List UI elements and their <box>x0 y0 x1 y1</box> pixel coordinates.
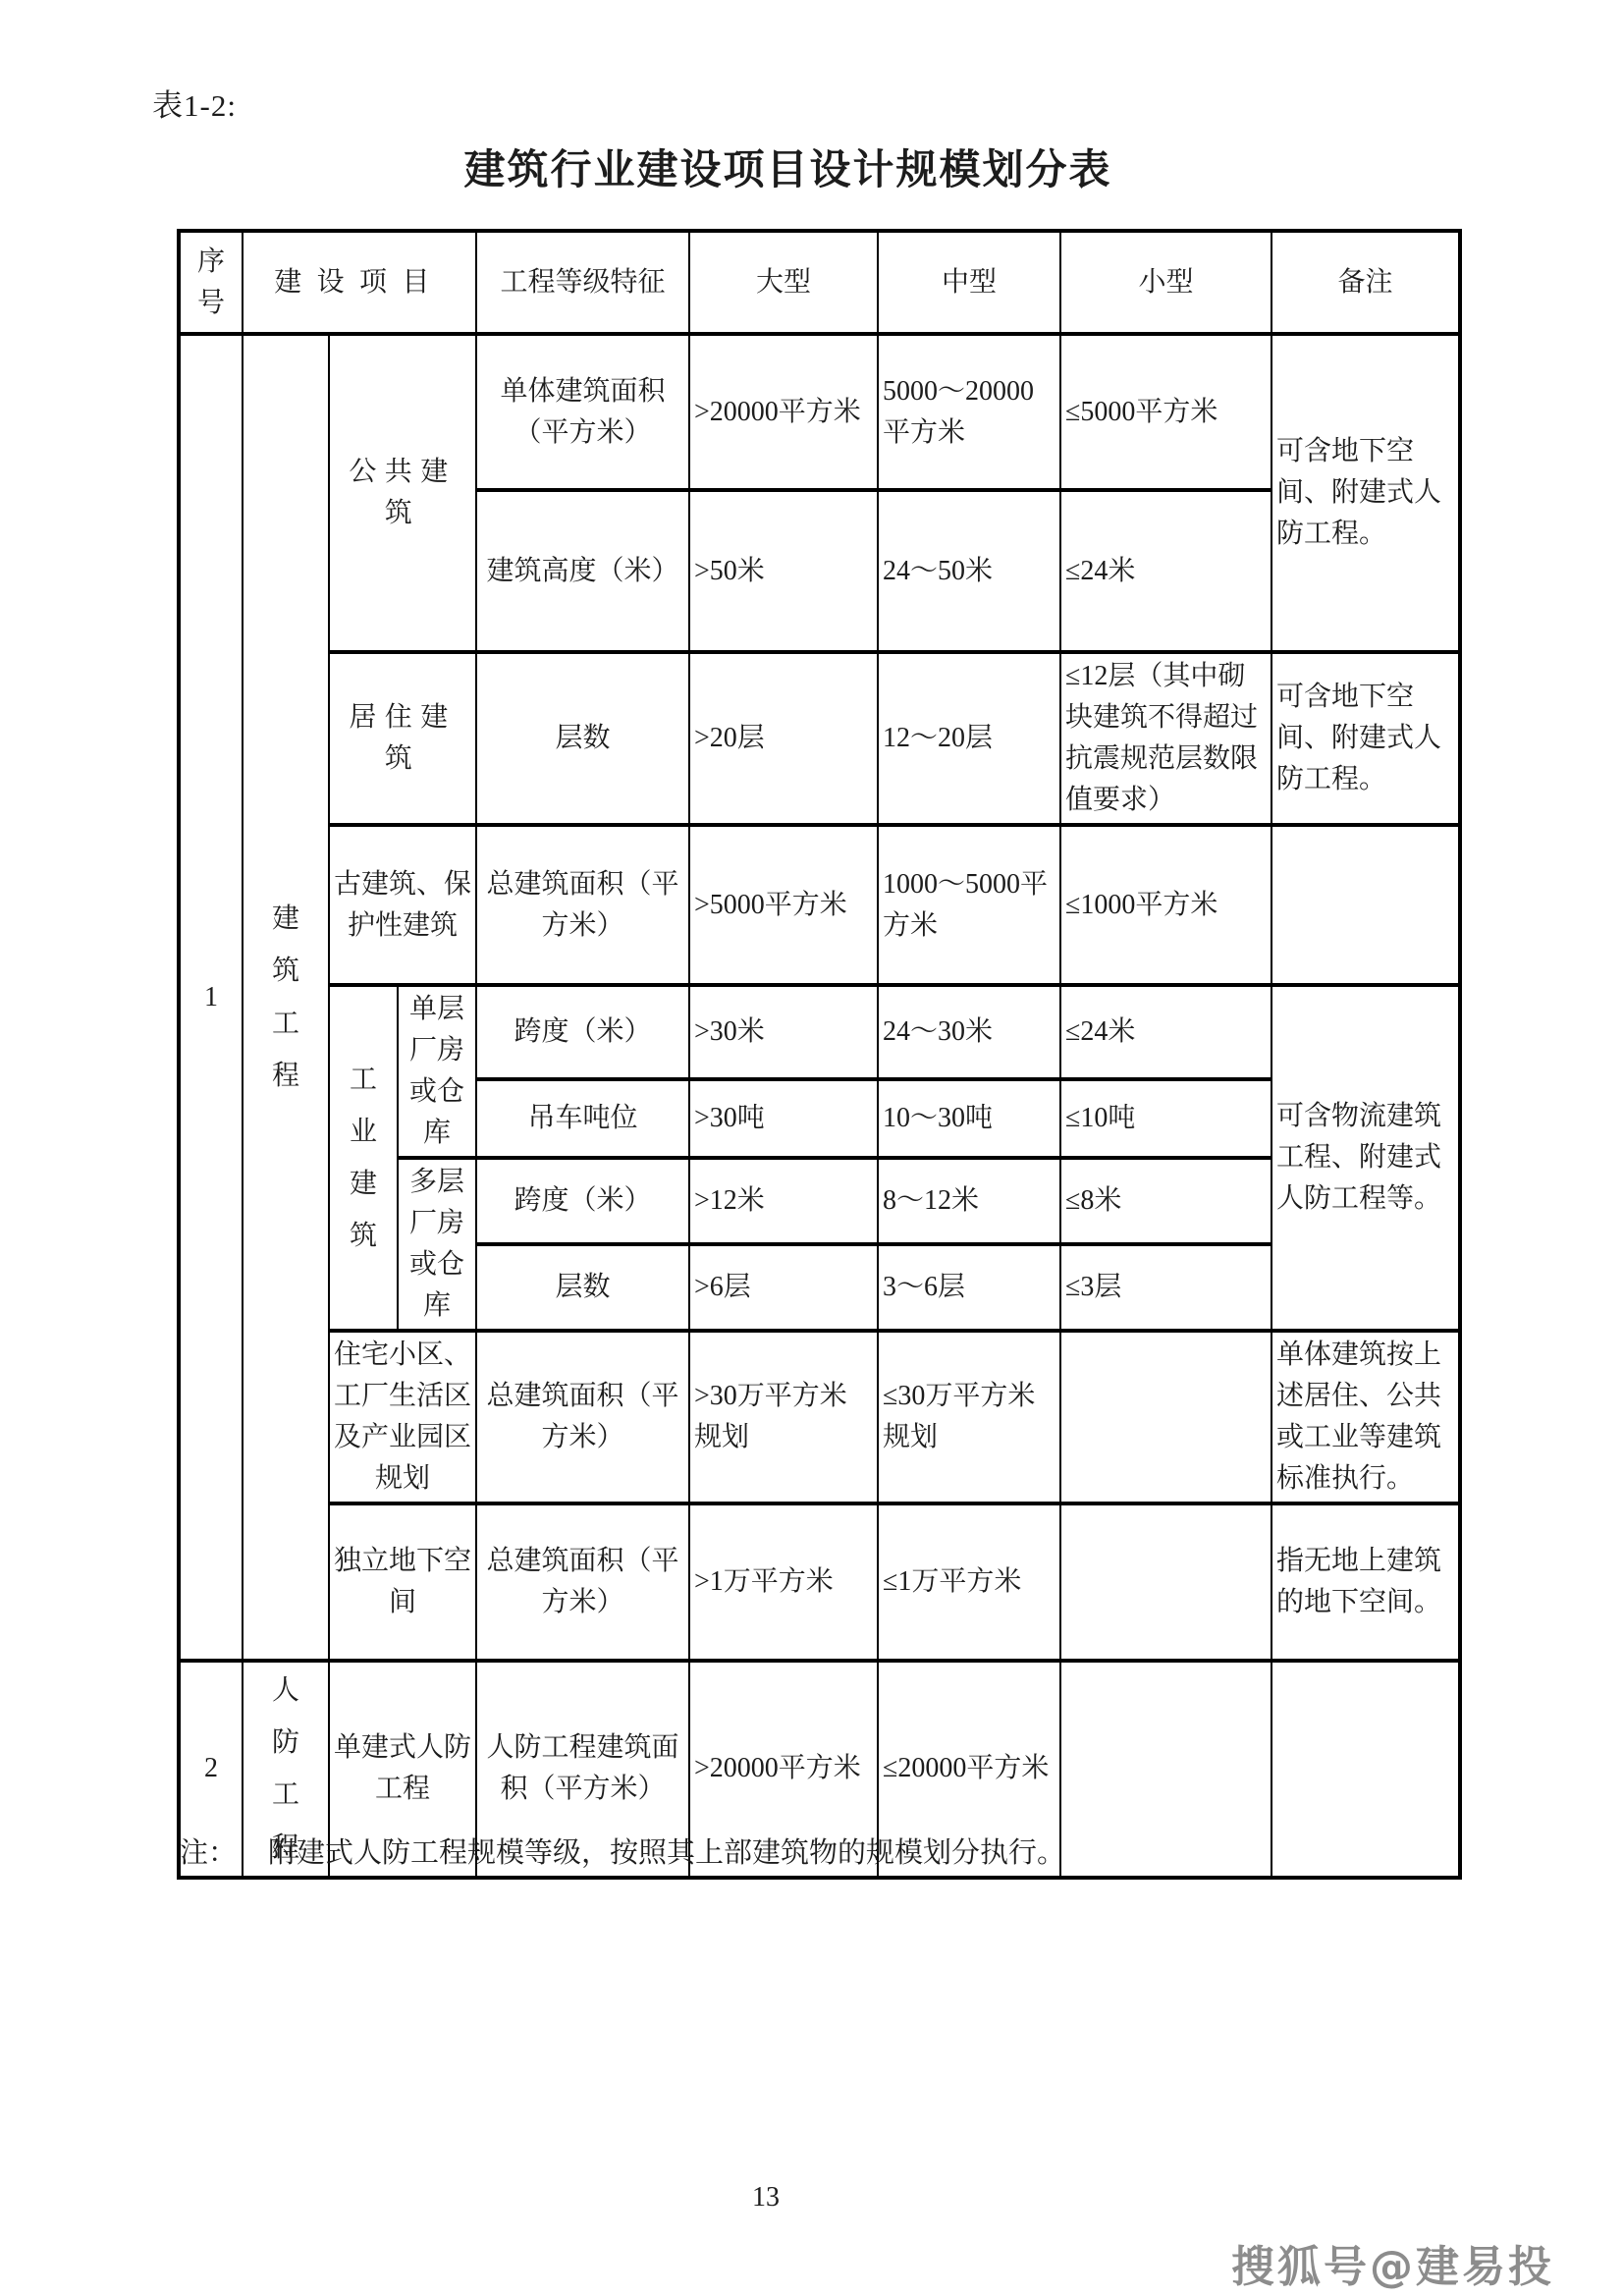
value-cell-large: >30吨 <box>689 1079 878 1158</box>
feature-cell: 单体建筑面积（平方米） <box>476 334 689 490</box>
table-row: 住宅小区、工厂生活区及产业园区规划 总建筑面积（平方米） >30万平方米规划 ≤… <box>179 1331 1460 1503</box>
header-remark: 备注 <box>1271 231 1460 334</box>
value-cell-medium: ≤30万平方米规划 <box>878 1331 1060 1503</box>
value-cell-large: >50米 <box>689 490 878 652</box>
header-large: 大型 <box>689 231 878 334</box>
category-cell-single-storey: 单层厂房或仓库 <box>398 985 476 1158</box>
value-cell-small: ≤3层 <box>1060 1244 1271 1331</box>
table-row: 独立地下空间 总建筑面积（平方米） >1万平方米 ≤1万平方米 指无地上建筑的地… <box>179 1503 1460 1661</box>
scale-classification-table: 序号 建设项目 工程等级特征 大型 中型 小型 备注 1 建筑工程 公共建筑 单… <box>177 229 1462 1880</box>
footnote-label: 注： <box>180 1837 237 1869</box>
table-row: 居住建筑 层数 >20层 12～20层 ≤12层（其中砌块建筑不得超过抗震规范层… <box>179 652 1460 825</box>
feature-cell: 总建筑面积（平方米） <box>476 825 689 985</box>
feature-cell: 吊车吨位 <box>476 1079 689 1158</box>
category-cell-residential: 居住建筑 <box>329 652 476 825</box>
serial-cell-1: 1 <box>179 334 243 1661</box>
header-medium: 中型 <box>878 231 1060 334</box>
value-cell-medium: 8～12米 <box>878 1158 1060 1244</box>
value-cell-medium: 1000～5000平方米 <box>878 825 1060 985</box>
value-cell-large: >20000平方米 <box>689 334 878 490</box>
category-cell-ancient: 古建筑、保护性建筑 <box>329 825 476 985</box>
header-serial: 序号 <box>179 231 243 334</box>
value-cell-small: ≤5000平方米 <box>1060 334 1271 490</box>
value-cell-small: ≤24米 <box>1060 490 1271 652</box>
value-cell-large: >30万平方米规划 <box>689 1331 878 1503</box>
value-cell-small: ≤10吨 <box>1060 1079 1271 1158</box>
feature-cell: 跨度（米） <box>476 1158 689 1244</box>
group-cell-building: 建筑工程 <box>243 334 329 1661</box>
value-cell-small: ≤8米 <box>1060 1158 1271 1244</box>
watermark-text: 搜狐号@建易投 <box>1231 2231 1554 2294</box>
value-cell-medium: 3～6层 <box>878 1244 1060 1331</box>
feature-cell: 总建筑面积（平方米） <box>476 1331 689 1503</box>
vertical-label-industrial: 工业建筑 <box>349 1054 379 1263</box>
value-cell-small: ≤24米 <box>1060 985 1271 1079</box>
value-cell-large: >30米 <box>689 985 878 1079</box>
value-cell-small <box>1060 1331 1271 1503</box>
value-cell-large: >1万平方米 <box>689 1503 878 1661</box>
value-cell-large: >20层 <box>689 652 878 825</box>
remark-cell: 指无地上建筑的地下空间。 <box>1271 1503 1460 1661</box>
category-cell-public: 公共建筑 <box>329 334 476 652</box>
page-title: 建筑行业建设项目设计规模划分表 <box>177 137 1399 196</box>
value-cell-medium: 24～30米 <box>878 985 1060 1079</box>
page-number: 13 <box>0 2182 1532 2214</box>
table-row: 1 建筑工程 公共建筑 单体建筑面积（平方米） >20000平方米 5000～2… <box>179 334 1460 490</box>
category-cell-residential-district: 住宅小区、工厂生活区及产业园区规划 <box>329 1331 476 1503</box>
table-number-label: 表1-2: <box>152 81 237 125</box>
table-row: 工业建筑 单层厂房或仓库 跨度（米） >30米 24～30米 ≤24米 可含物流… <box>179 985 1460 1079</box>
value-cell-medium: 10～30吨 <box>878 1079 1060 1158</box>
value-cell-large: >5000平方米 <box>689 825 878 985</box>
header-feature: 工程等级特征 <box>476 231 689 334</box>
value-cell-large: >6层 <box>689 1244 878 1331</box>
feature-cell: 总建筑面积（平方米） <box>476 1503 689 1661</box>
header-project: 建设项目 <box>243 231 476 334</box>
feature-cell: 层数 <box>476 652 689 825</box>
remark-cell: 可含物流建筑工程、附建式人防工程等。 <box>1271 985 1460 1331</box>
vertical-label-building-works: 建筑工程 <box>271 893 301 1102</box>
category-cell-multi-storey: 多层厂房或仓库 <box>398 1158 476 1331</box>
feature-cell: 跨度（米） <box>476 985 689 1079</box>
category-cell-underground: 独立地下空间 <box>329 1503 476 1661</box>
group-cell-industrial: 工业建筑 <box>329 985 398 1331</box>
value-cell-medium: 12～20层 <box>878 652 1060 825</box>
value-cell-large: >12米 <box>689 1158 878 1244</box>
remark-cell: 可含地下空间、附建式人防工程。 <box>1271 334 1460 652</box>
document-page: 表1-2: 建筑行业建设项目设计规模划分表 序号 建设项目 工程等级特征 大型 … <box>0 0 1623 2296</box>
feature-cell: 层数 <box>476 1244 689 1331</box>
remark-cell: 单体建筑按上述居住、公共或工业等建筑标准执行。 <box>1271 1331 1460 1503</box>
remark-cell: 可含地下空间、附建式人防工程。 <box>1271 652 1460 825</box>
header-row: 序号 建设项目 工程等级特征 大型 中型 小型 备注 <box>179 231 1460 334</box>
value-cell-medium: 24～50米 <box>878 490 1060 652</box>
footnote-text: 附建式人防工程规模等级，按照其上部建筑物的规模划分执行。 <box>268 1837 1065 1869</box>
value-cell-medium: 5000～20000平方米 <box>878 334 1060 490</box>
table-row: 古建筑、保护性建筑 总建筑面积（平方米） >5000平方米 1000～5000平… <box>179 825 1460 985</box>
feature-cell: 建筑高度（米） <box>476 490 689 652</box>
remark-cell <box>1271 825 1460 985</box>
footnote: 注：附建式人防工程规模等级，按照其上部建筑物的规模划分执行。 <box>180 1831 1456 1871</box>
value-cell-small: ≤12层（其中砌块建筑不得超过抗震规范层数限值要求） <box>1060 652 1271 825</box>
value-cell-small: ≤1000平方米 <box>1060 825 1271 985</box>
value-cell-small <box>1060 1503 1271 1661</box>
header-small: 小型 <box>1060 231 1271 334</box>
value-cell-medium: ≤1万平方米 <box>878 1503 1060 1661</box>
